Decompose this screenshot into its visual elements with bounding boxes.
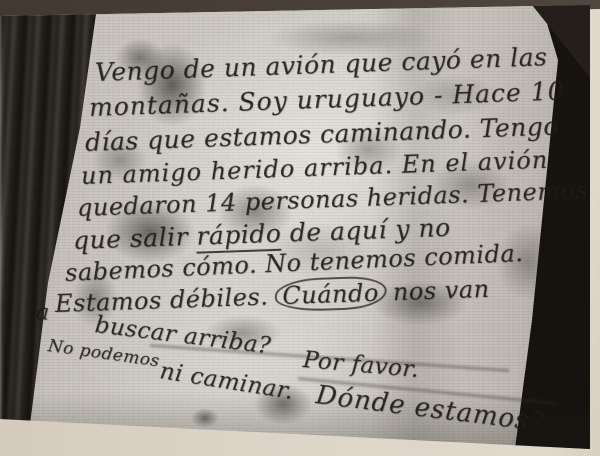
photograph-of-handwritten-note: Vengo de un avión que cayó en lasmontaña… xyxy=(0,0,600,456)
ink-smudges xyxy=(0,0,600,456)
note-photo: Vengo de un avión que cayó en lasmontaña… xyxy=(0,0,600,456)
